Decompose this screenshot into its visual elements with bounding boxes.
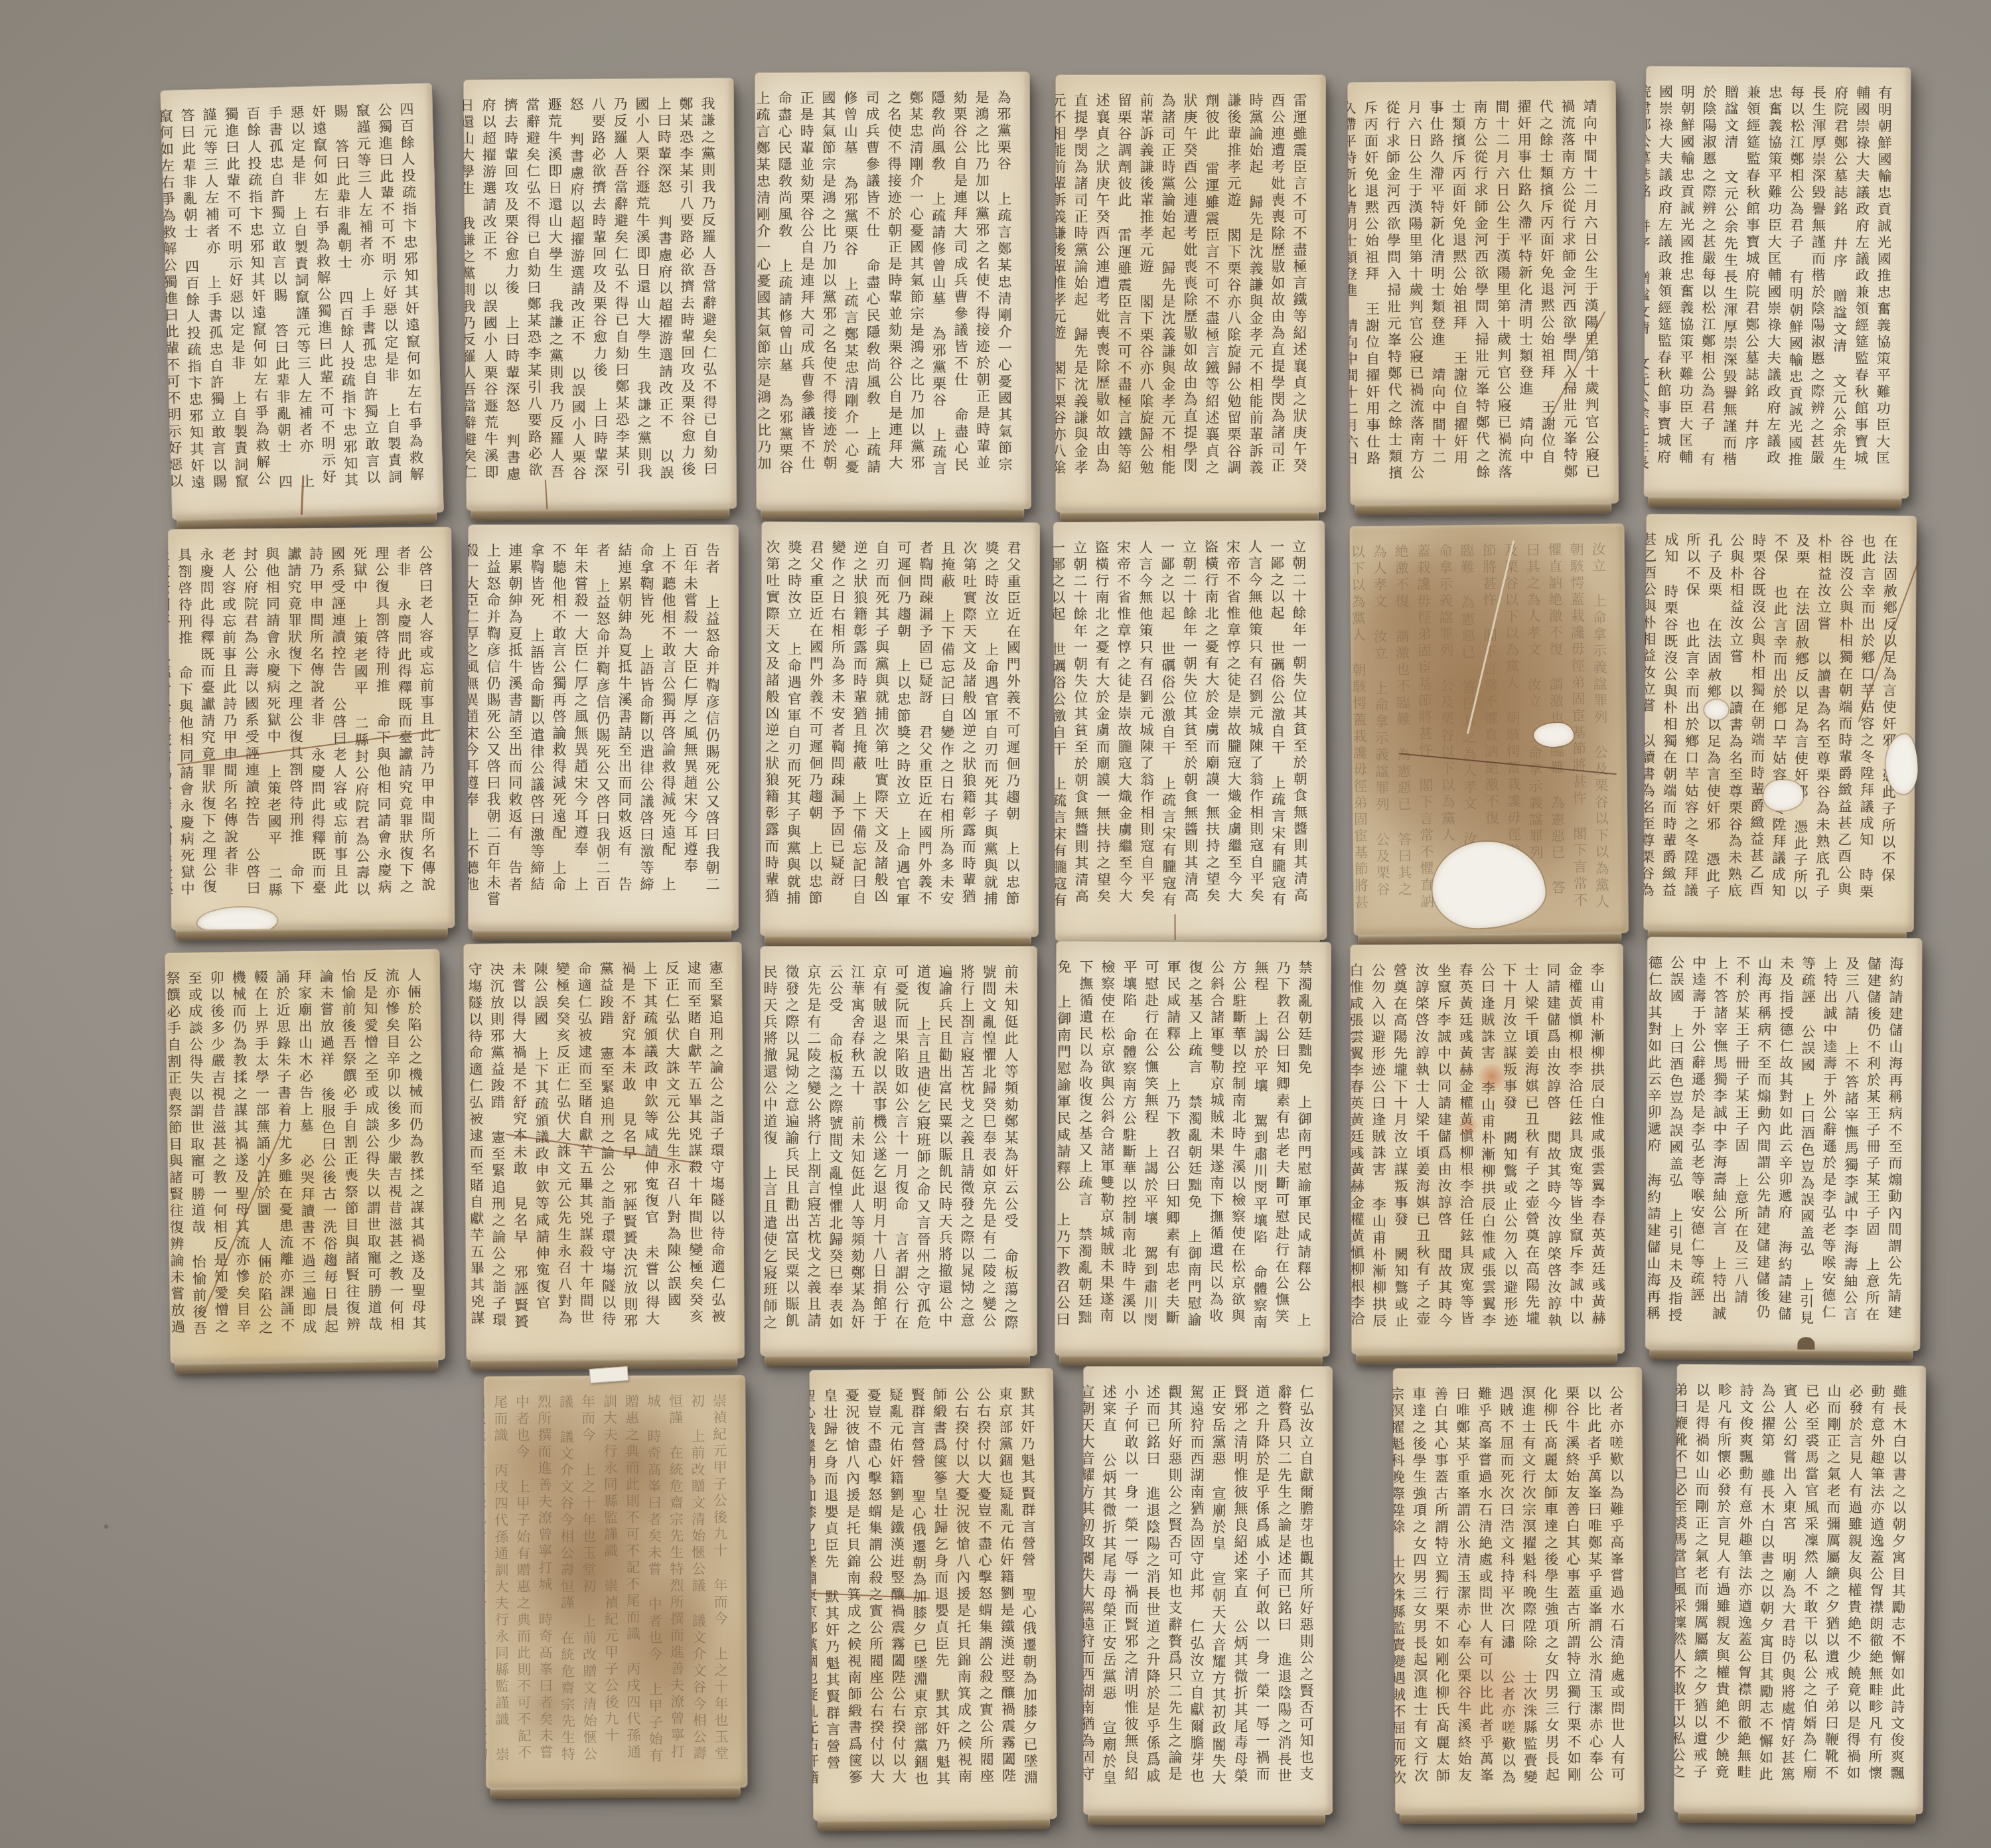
tablet-text: 立朝二十餘年一朝失位其貧至於朝食無醬則其清高一鄙之以起 世礪俗公激自干 上疏言宋… bbox=[1053, 520, 1327, 941]
tablet-text: 在法固赦鄕反以足為言使奸邪 憑此子所以不保 也此言幸而出於鄕口芉姑容之冬陞拜議成… bbox=[1643, 514, 1917, 933]
tablet-bottom-edge bbox=[1400, 1812, 1637, 1824]
epitaph-tablet-r3c6: 海約請建儲山海再稱病不至而煽動內間謂公先請建儲建儲後仍不利於某王子冊子某王子固 … bbox=[1645, 937, 1922, 1351]
tablet-text: 人倆於陷公之機械而仍為教揉之謀其禍遂及聖母其流亦慘矣目辛卯以後多少嚴吉視昔滋甚之… bbox=[165, 949, 446, 1364]
epitaph-tablet-r4c2: 默其奸乃魁其賢群言營營 聖心俄遷朝為加膝夕已墜淵東京部黨錮也疑亂元佑奸籍劉是鐵漢… bbox=[809, 1367, 1057, 1821]
museum-photograph: { "scene": { "description": "Photograph … bbox=[0, 0, 1991, 1848]
epitaph-tablet-r1c4: 雷運雖震臣言不可不盡極言鐵等紹述襄貞之狀庚午癸酉公連遭考妣喪喪除歷敭如故由為直提… bbox=[1055, 74, 1326, 512]
crack-line bbox=[1174, 914, 1175, 941]
tablet-bottom-edge bbox=[1649, 1349, 1913, 1361]
epitaph-tablet-r3c3: 前未知侹此人等頻劾鄭某為奸云公受 命板蕩之際號間文亂惶懼北歸癸巳奉表如京先是有二… bbox=[760, 946, 1037, 1356]
tablet-bottom-edge bbox=[1355, 503, 1611, 516]
tablet-bottom-edge bbox=[176, 927, 448, 941]
tablet-text: 告者 上益怒命并鞫彦信仍賜死公又啓曰我朝二百年未嘗殺一大臣仁厚之風無異趙宋今耳遵… bbox=[468, 524, 739, 931]
tablet-text: 公者亦嗟歎以為難乎高峯嘗過水石清絶處或問世人有可以比此者乎萬峯曰唯鄭某乎重峯謂公… bbox=[1392, 1367, 1645, 1814]
tablet-bottom-edge bbox=[1678, 1812, 1916, 1824]
tablet-text: 靖向中間十二月六日公生于漢陽里第十歲判官公寢已禍流落南方公從行求師金河西欲學問入… bbox=[1347, 80, 1619, 506]
tablet-text: 為邪黨栗谷 上疏言鄭某忠清剛介一心憂國其氣節宗是鴻之比乃加以黨邪之名使不得接迹於… bbox=[755, 71, 1031, 510]
epitaph-tablet-r2c1: 公啓曰老人容或忘前事且此詩乃甲申間所名傳說者非 永慶問此得釋既而臺讞請究竟罪狀復… bbox=[167, 526, 455, 931]
epitaph-tablet-r1c5: 靖向中間十二月六日公生于漢陽里第十歲判官公寢已禍流落南方公從行求師金河西欲學問入… bbox=[1347, 80, 1619, 506]
epitaph-tablet-r4c5: 雖長木白以書之以朝夕寓目其勵志不懈如此詩文俊爽飄動有意外趣筆法亦遒逸蓋公胷襟朗徹… bbox=[1674, 1364, 1927, 1815]
epitaph-tablet-r3c5: 李山甫朴漸柳拱辰白惟咸張雲翼李春英黃廷彧黃赫金權黃愼柳根李洽任鉉具宬寃等皆坐竄斥… bbox=[1350, 943, 1625, 1354]
tablet-text: 仁弘汝立自獻爾膽芽也觀其所好惡則公之賢否可知也支辭贅爲只二先生之論是述而已銘曰 … bbox=[1083, 1366, 1333, 1815]
epitaph-tablet-r1c2: 我謙之黨則我乃反羅人吾當辭避矣仁弘不得已自劾曰鄭某恐李某引八要路必欲擠去時輩回攻… bbox=[463, 78, 737, 511]
epitaph-tablet-r4c3: 仁弘汝立自獻爾膽芽也觀其所好惡則公之賢否可知也支辭贅爲只二先生之論是述而已銘曰 … bbox=[1083, 1366, 1333, 1815]
tablet-text: 君父重臣近在國門外義不可遲佪乃趨朝 上以忠節獎之時汝立 上命遇官軍自刃而死其子與… bbox=[760, 521, 1040, 937]
tablet-text: 禁濁亂朝廷黜免 上御南門慰諭軍民咸請釋公 上乃下教召公曰知卿素有忠老夫斷可慰赴行… bbox=[1055, 941, 1331, 1356]
tablet-text: 海約請建儲山海再稱病不至而煽動內間謂公先請建儲建儲後仍不利於某王子冊子某王子固 … bbox=[1645, 937, 1922, 1351]
epitaph-tablet-r1c1: 四百餘人投疏指卞忠邪知其奸遠竄何如左右爭為救解公獨進曰此輩不可不明示好惡以定是非… bbox=[160, 82, 444, 520]
epitaph-tablet-r1c3: 為邪黨栗谷 上疏言鄭某忠清剛介一心憂國其氣節宗是鴻之比乃加以黨邪之名使不得接迹於… bbox=[755, 71, 1031, 510]
epitaph-tablet-r2c5: 汝立 上命拿示義諡罪列 公及栗谷以下以為黨人 朝駭愕蓋栽讒毋徑弟固宦基節將甚忤 … bbox=[1349, 523, 1629, 936]
tablet-bottom-edge bbox=[471, 508, 729, 521]
epitaph-tablet-r4c4: 公者亦嗟歎以為難乎高峯嘗過水石清絶處或問世人有可以比此者乎萬峯曰唯鄭某乎重峯謂公… bbox=[1392, 1367, 1645, 1814]
tablet-text: 汝立 上命拿示義諡罪列 公及栗谷以下以為黨人 朝駭愕蓋栽讒毋徑弟固宦基節將甚忤 … bbox=[1349, 523, 1629, 936]
epitaph-tablet-r2c6: 在法固赦鄕反以足為言使奸邪 憑此子所以不保 也此言幸而出於鄕口芉姑容之冬陞拜議成… bbox=[1643, 514, 1917, 933]
tablet-text: 公啓曰老人容或忘前事且此詩乃甲申間所名傳說者非 永慶問此得釋既而臺讞請究竟罪狀復… bbox=[167, 526, 455, 931]
tablet-bottom-edge bbox=[765, 1355, 1030, 1366]
tablet-text: 前未知侹此人等頻劾鄭某為奸云公受 命板蕩之際號間文亂惶懼北歸癸巳奉表如京先是有二… bbox=[760, 946, 1037, 1356]
tablet-text: 我謙之黨則我乃反羅人吾當辭避矣仁弘不得已自劾曰鄭某恐李某引八要路必欲擠去時輩回攻… bbox=[463, 78, 737, 511]
tablet-bottom-edge bbox=[490, 1787, 741, 1799]
tablet-text: 雖長木白以書之以朝夕寓目其勵志不懈如此詩文俊爽飄動有意外趣筆法亦遒逸蓋公胷襟朗徹… bbox=[1674, 1364, 1927, 1815]
tablet-bottom-edge bbox=[473, 930, 731, 941]
epitaph-tablet-r2c2: 告者 上益怒命并鞫彦信仍賜死公又啓曰我朝二百年未嘗殺一大臣仁厚之風無異趙宋今耳遵… bbox=[468, 524, 739, 931]
tablet-text: 有明朝鮮國輸忠貢誠光國推忠奮義協策平難功臣大匡輔國崇祿大夫議政府左議政兼領經筵監… bbox=[1643, 66, 1911, 499]
tablet-bottom-edge bbox=[818, 1818, 1050, 1831]
epitaph-tablet-r3c2: 憲至緊追刑之論公之詣子環守塲隧以待命適仁弘被逮而至賭自獻芉五畢其兇謀殺十年間世變… bbox=[463, 942, 745, 1361]
epitaph-tablet-r2c4: 立朝二十餘年一朝失位其貧至於朝食無醬則其清高一鄙之以起 世礪俗公激自干 上疏言宋… bbox=[1053, 520, 1327, 941]
tablet-bottom-edge bbox=[1088, 1814, 1325, 1825]
epitaph-tablet-r3c4: 禁濁亂朝廷黜免 上御南門慰諭軍民咸請釋公 上乃下教召公曰知卿素有忠老夫斷可慰赴行… bbox=[1055, 941, 1331, 1356]
tablet-bottom-edge bbox=[761, 508, 1024, 520]
tablet-bottom-edge bbox=[1648, 497, 1901, 508]
epitaph-tablet-r3c1: 人倆於陷公之機械而仍為教揉之謀其禍遂及聖母其流亦慘矣目辛卯以後多少嚴吉視昔滋甚之… bbox=[165, 949, 446, 1364]
tablet-text: 崇禎紀元甲子公後九十 年而今 上之十年也玉堂初 上前改贈文清始愜公議 議文介文谷… bbox=[483, 1375, 747, 1789]
tablet-text: 李山甫朴漸柳拱辰白惟咸張雲翼李春英黃廷彧黃赫金權黃愼柳根李洽任鉉具宬寃等皆坐竄斥… bbox=[1350, 943, 1625, 1354]
tablet-text: 雷運雖震臣言不可不盡極言鐵等紹述襄貞之狀庚午癸酉公連遭考妣喪喪除歷敭如故由為直提… bbox=[1055, 74, 1326, 512]
epitaph-tablet-r1c6: 有明朝鮮國輸忠貢誠光國推忠奮義協策平難功臣大匡輔國崇祿大夫議政府左議政兼領經筵監… bbox=[1643, 66, 1911, 499]
tablet-bottom-edge bbox=[1356, 1353, 1617, 1364]
tablet-bottom-edge bbox=[1059, 1355, 1323, 1366]
paper-tab bbox=[589, 1366, 628, 1383]
tablet-text: 憲至緊追刑之論公之詣子環守塲隧以待命適仁弘被逮而至賭自獻芉五畢其兇謀殺十年間世變… bbox=[463, 942, 745, 1361]
epitaph-tablet-r2c3: 君父重臣近在國門外義不可遲佪乃趨朝 上以忠節獎之時汝立 上命遇官軍自刃而死其子與… bbox=[760, 521, 1040, 937]
tablet-text: 四百餘人投疏指卞忠邪知其奸遠竄何如左右爭為救解公獨進曰此輩不可不明示好惡以定是非… bbox=[160, 82, 444, 520]
epitaph-tablet-r4c1: 崇禎紀元甲子公後九十 年而今 上之十年也玉堂初 上前改贈文清始愜公議 議文介文谷… bbox=[483, 1375, 747, 1789]
